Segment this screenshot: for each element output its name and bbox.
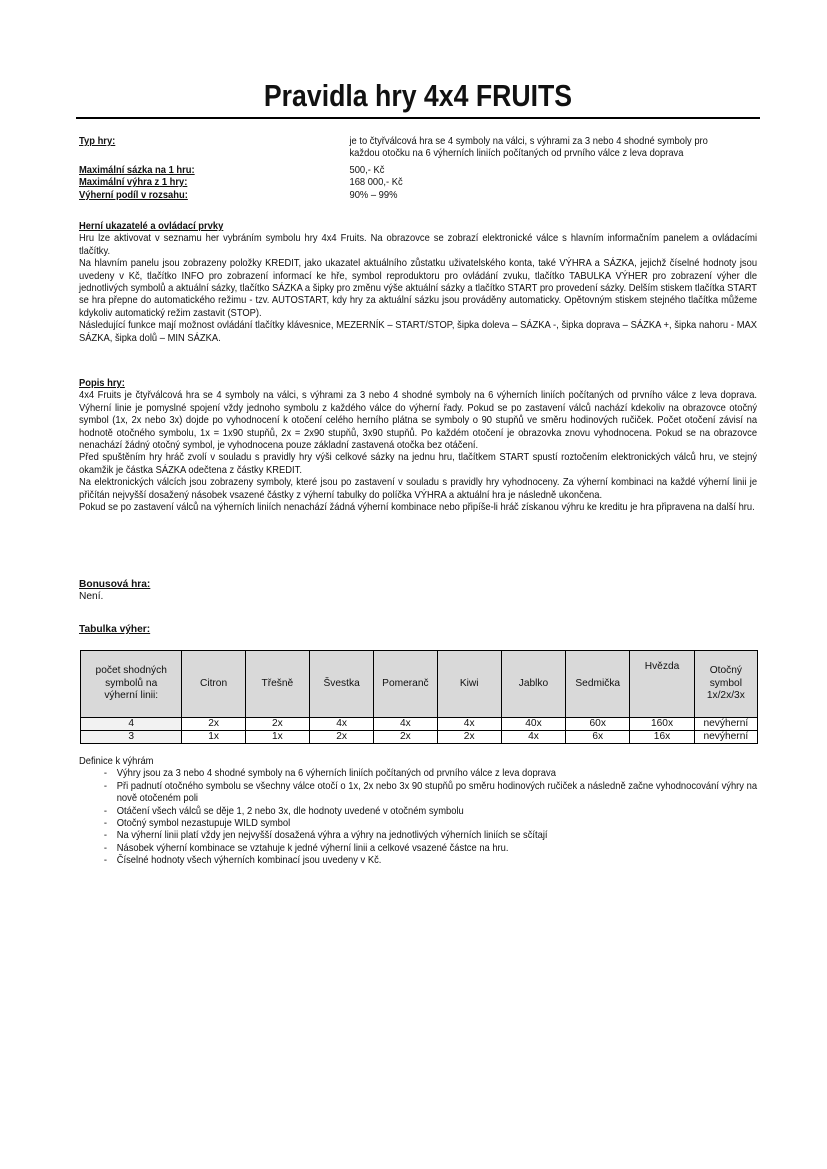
- paragraph: Před spuštěním hry hráč zvolí v souladu …: [79, 452, 757, 477]
- section-heading: Tabulka výher:: [79, 624, 757, 636]
- table-row: 31x1x2x2x2x4x6x16xnevýherní: [81, 731, 758, 744]
- info-label: Typ hry:: [79, 136, 349, 161]
- column-header: Kiwi: [437, 651, 501, 718]
- column-header: Pomeranč: [374, 651, 437, 718]
- bonus-text: Není.: [79, 591, 757, 603]
- win-table: počet shodných symbolů na výherní linii:…: [80, 650, 758, 744]
- column-header: Citron: [182, 651, 245, 718]
- table-cell: 2x: [245, 718, 309, 731]
- table-cell: 4x: [374, 718, 437, 731]
- table-cell: nevýherní: [694, 731, 757, 744]
- table-cell: 2x: [437, 731, 501, 744]
- table-header-row: počet shodných symbolů na výherní linii:…: [81, 651, 758, 718]
- column-header: Sedmička: [566, 651, 630, 718]
- definitions-heading: Definice k výhrám: [79, 756, 757, 768]
- list-item: Násobek výherní kombinace se vztahuje k …: [79, 843, 757, 855]
- table-cell: 160x: [630, 718, 694, 731]
- column-header: Hvězda: [630, 651, 694, 718]
- info-label: Maximální sázka na 1 hru:: [79, 165, 349, 177]
- win-table-section: Tabulka výher:: [79, 624, 757, 636]
- paragraph: Následující funkce mají možnost ovládání…: [79, 320, 757, 345]
- table-cell: 4x: [437, 718, 501, 731]
- section-heading: Herní ukazatelé a ovládací prvky: [79, 221, 757, 233]
- info-value: 500,- Kč: [349, 165, 717, 177]
- paragraph: 4x4 Fruits je čtyřválcová hra se 4 symbo…: [79, 390, 757, 452]
- info-row-rtp: Výherní podíl v rozsahu: 90% – 99%: [79, 190, 760, 202]
- column-header: Třešně: [245, 651, 309, 718]
- table-cell: nevýherní: [694, 718, 757, 731]
- section-heading: Bonusová hra:: [79, 579, 757, 591]
- game-info: Typ hry: je to čtyřválcová hra se 4 symb…: [79, 136, 757, 202]
- info-row-max-bet: Maximální sázka na 1 hru: 500,- Kč: [79, 165, 760, 177]
- list-item: Na výherní linii platí vždy jen nejvyšší…: [79, 830, 757, 842]
- table-cell: 16x: [630, 731, 694, 744]
- table-cell: 4x: [309, 718, 373, 731]
- paragraph: Hru lze aktivovat v seznamu her vybráním…: [79, 233, 757, 258]
- description-section: Popis hry: 4x4 Fruits je čtyřválcová hra…: [79, 378, 757, 514]
- list-item: Výhry jsou za 3 nebo 4 shodné symboly na…: [79, 768, 757, 780]
- bonus-section: Bonusová hra: Není.: [79, 579, 757, 604]
- table-cell: 2x: [309, 731, 373, 744]
- column-header: počet shodných symbolů na výherní linii:: [81, 651, 182, 718]
- table-cell: 4x: [501, 731, 565, 744]
- list-item: Při padnutí otočného symbolu se všechny …: [79, 781, 757, 806]
- table-row: 42x2x4x4x4x40x60x160xnevýherní: [81, 718, 758, 731]
- row-label-cell: 3: [81, 731, 182, 744]
- definitions-section: Definice k výhrám Výhry jsou za 3 nebo 4…: [79, 756, 757, 868]
- row-label-cell: 4: [81, 718, 182, 731]
- info-label: Výherní podíl v rozsahu:: [79, 190, 349, 202]
- controls-section: Herní ukazatelé a ovládací prvky Hru lze…: [79, 221, 757, 345]
- title-divider: [76, 117, 760, 119]
- list-item: Otáčení všech válců se děje 1, 2 nebo 3x…: [79, 806, 757, 818]
- list-item: Otočný symbol nezastupuje WILD symbol: [79, 818, 757, 830]
- info-value: 90% – 99%: [349, 190, 717, 202]
- paragraph: Na elektronických válcích jsou zobrazeny…: [79, 477, 757, 502]
- paragraph: Na hlavním panelu jsou zobrazeny položky…: [79, 258, 757, 320]
- info-row-max-win: Maximální výhra z 1 hry: 168 000,- Kč: [79, 177, 760, 189]
- page-title: Pravidla hry 4x4 FRUITS: [126, 76, 709, 116]
- definitions-list: Výhry jsou za 3 nebo 4 shodné symboly na…: [79, 768, 757, 867]
- list-item: Číselné hodnoty všech výherních kombinac…: [79, 855, 757, 867]
- info-value: 168 000,- Kč: [349, 177, 717, 189]
- column-header: Švestka: [309, 651, 373, 718]
- info-row-type: Typ hry: je to čtyřválcová hra se 4 symb…: [79, 136, 760, 161]
- table-cell: 40x: [501, 718, 565, 731]
- table-cell: 6x: [566, 731, 630, 744]
- table-cell: 1x: [182, 731, 245, 744]
- info-label: Maximální výhra z 1 hry:: [79, 177, 349, 189]
- table-cell: 60x: [566, 718, 630, 731]
- section-heading: Popis hry:: [79, 378, 757, 390]
- column-header: Jablko: [501, 651, 565, 718]
- column-header: Otočný symbol 1x/2x/3x: [694, 651, 757, 718]
- paragraph: Pokud se po zastavení válců na výherních…: [79, 502, 757, 514]
- table-cell: 1x: [245, 731, 309, 744]
- info-value: je to čtyřválcová hra se 4 symboly na vá…: [349, 136, 735, 161]
- table-cell: 2x: [374, 731, 437, 744]
- table-cell: 2x: [182, 718, 245, 731]
